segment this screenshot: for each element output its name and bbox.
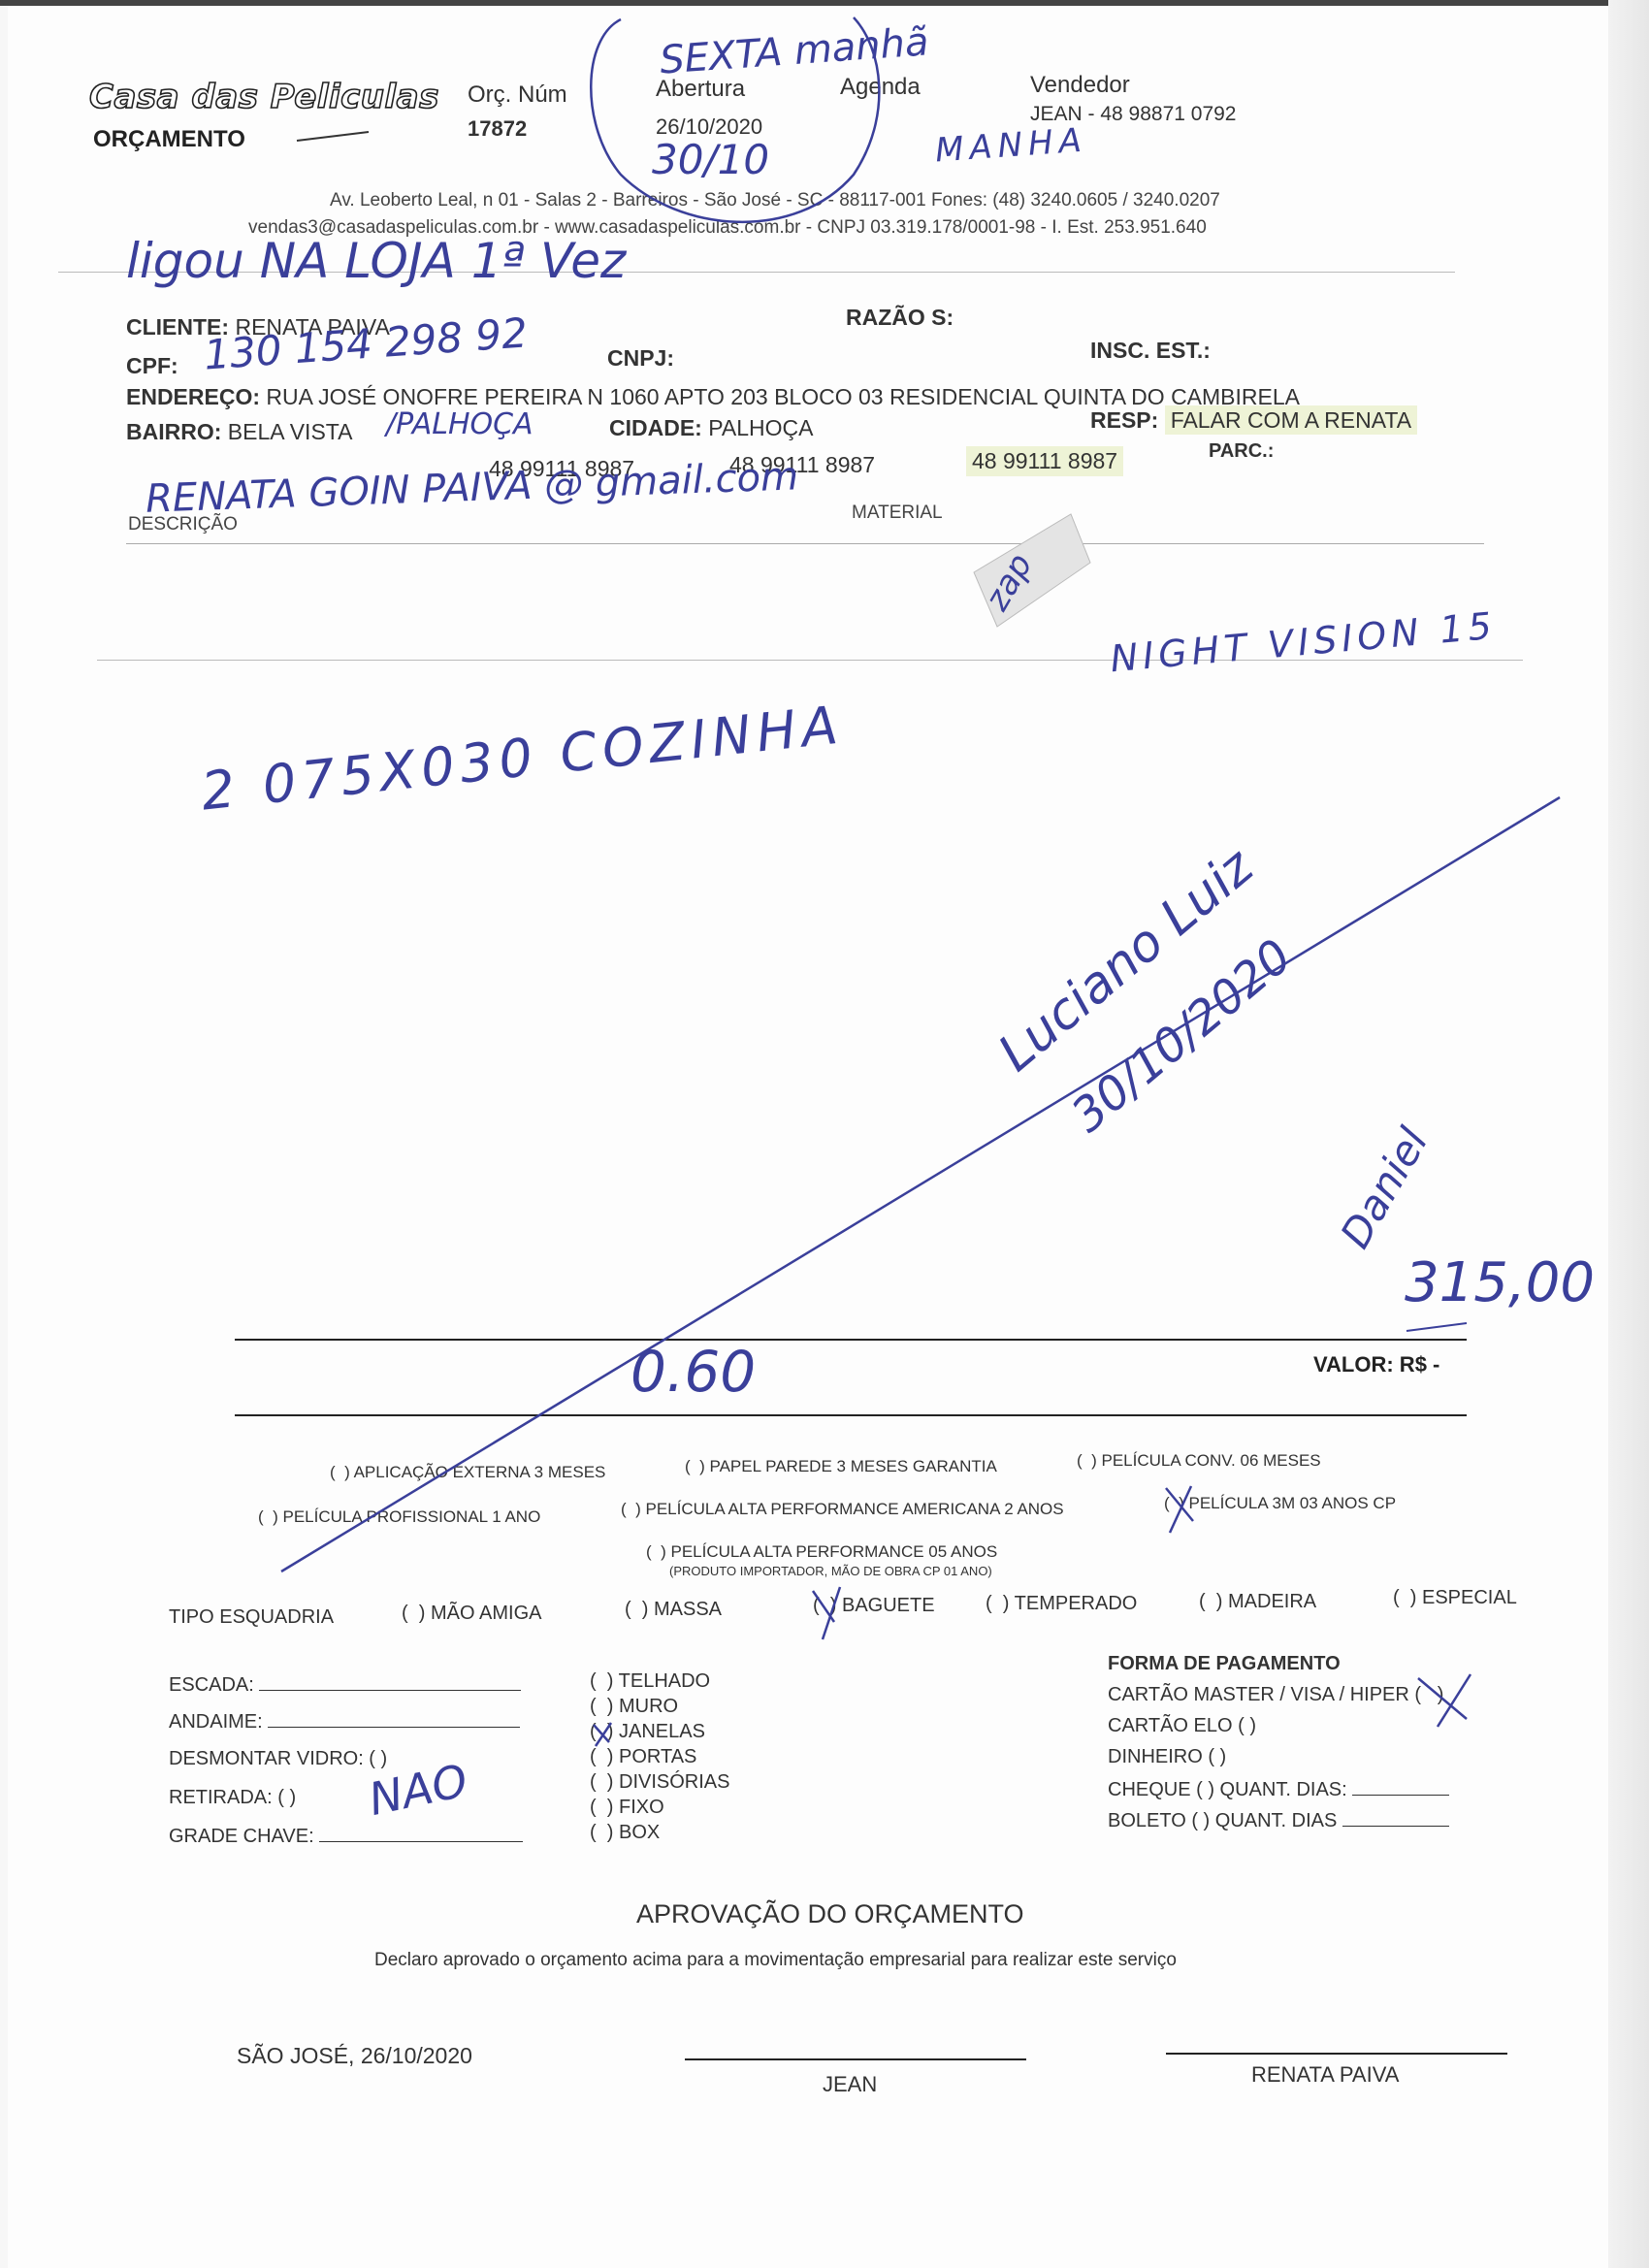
check-x-master bbox=[1418, 1674, 1471, 1727]
hw-palhoca: /PALHOÇA bbox=[386, 407, 533, 441]
check-mark-stroke bbox=[297, 132, 369, 141]
hw-valor: 315,00 bbox=[1405, 1251, 1595, 1314]
check-x-3m bbox=[1166, 1486, 1193, 1533]
hw-area: 0.60 bbox=[630, 1339, 756, 1405]
check-x-baguete bbox=[813, 1587, 840, 1639]
check-x-janelas bbox=[594, 1723, 611, 1746]
hw-ligou-na-loja: ligou NA LOJA 1ª Vez bbox=[126, 233, 626, 289]
valor-underline bbox=[1406, 1323, 1467, 1331]
hw-agenda-date: 30/10 bbox=[652, 136, 769, 183]
